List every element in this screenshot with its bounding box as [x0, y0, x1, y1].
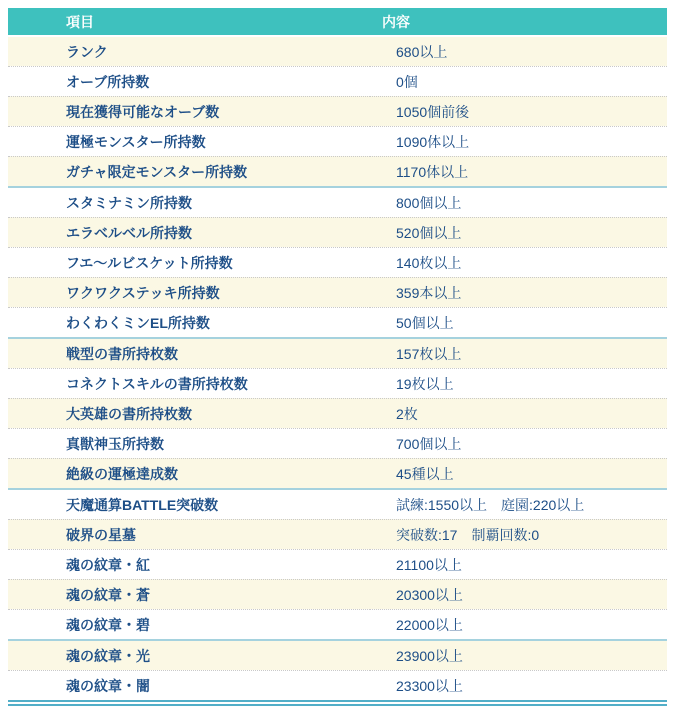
row-content-value: 50個以上 [370, 307, 667, 337]
table-row: ランク680以上 [8, 35, 667, 66]
row-content-value: 680以上 [370, 35, 667, 66]
row-content-value: 23300以上 [370, 670, 667, 700]
row-item-label: ワクワクステッキ所持数 [8, 277, 370, 307]
row-content-value: 140枚以上 [370, 247, 667, 277]
stats-table: 項目 内容 ランク680以上オーブ所持数0個現在獲得可能なオーブ数1050個前後… [8, 8, 667, 706]
table-row: 戦型の書所持枚数157枚以上 [8, 337, 667, 368]
row-item-label: 真獣神玉所持数 [8, 428, 370, 458]
table-row: コネクトスキルの書所持枚数19枚以上 [8, 368, 667, 398]
row-content-value: 突破数:17 制覇回数:0 [370, 519, 667, 549]
table-row: 魂の紋章・闇23300以上 [8, 670, 667, 700]
column-header-content: 内容 [370, 8, 667, 35]
row-item-label: 運極モンスター所持数 [8, 126, 370, 156]
row-content-value: 19枚以上 [370, 368, 667, 398]
table-row: わくわくミンEL所持数50個以上 [8, 307, 667, 337]
table-row: 魂の紋章・紅21100以上 [8, 549, 667, 579]
header-row: 項目 内容 [8, 8, 667, 35]
row-item-label: 魂の紋章・紅 [8, 549, 370, 579]
row-content-value: 21100以上 [370, 549, 667, 579]
table-row: ガチャ限定モンスター所持数1170体以上 [8, 156, 667, 186]
table-row: フエ〜ルビスケット所持数140枚以上 [8, 247, 667, 277]
row-content-value: 0個 [370, 66, 667, 96]
row-item-label: 現在獲得可能なオーブ数 [8, 96, 370, 126]
table-row: 魂の紋章・碧22000以上 [8, 609, 667, 639]
row-content-value: 1170体以上 [370, 156, 667, 186]
row-item-label: 天魔通算BATTLE突破数 [8, 488, 370, 519]
table-row: 天魔通算BATTLE突破数試練:1550以上 庭園:220以上 [8, 488, 667, 519]
table-row: 現在獲得可能なオーブ数1050個前後 [8, 96, 667, 126]
row-item-label: スタミナミン所持数 [8, 186, 370, 217]
table-row: 運極モンスター所持数1090体以上 [8, 126, 667, 156]
row-item-label: 魂の紋章・闇 [8, 670, 370, 700]
row-content-value: 1050個前後 [370, 96, 667, 126]
table-body: ランク680以上オーブ所持数0個現在獲得可能なオーブ数1050個前後運極モンスタ… [8, 35, 667, 700]
row-content-value: 520個以上 [370, 217, 667, 247]
row-content-value: 23900以上 [370, 639, 667, 670]
row-content-value: 試練:1550以上 庭園:220以上 [370, 488, 667, 519]
row-content-value: 700個以上 [370, 428, 667, 458]
row-content-value: 20300以上 [370, 579, 667, 609]
row-content-value: 157枚以上 [370, 337, 667, 368]
row-content-value: 22000以上 [370, 609, 667, 639]
row-item-label: 魂の紋章・光 [8, 639, 370, 670]
row-item-label: オーブ所持数 [8, 66, 370, 96]
row-item-label: 大英雄の書所持枚数 [8, 398, 370, 428]
row-item-label: 絶級の運極達成数 [8, 458, 370, 488]
row-item-label: 魂の紋章・碧 [8, 609, 370, 639]
table-row: 魂の紋章・蒼20300以上 [8, 579, 667, 609]
row-item-label: エラベルベル所持数 [8, 217, 370, 247]
row-content-value: 800個以上 [370, 186, 667, 217]
table-row: オーブ所持数0個 [8, 66, 667, 96]
table-row: エラベルベル所持数520個以上 [8, 217, 667, 247]
row-item-label: ガチャ限定モンスター所持数 [8, 156, 370, 186]
table-row: ワクワクステッキ所持数359本以上 [8, 277, 667, 307]
table-row: 真獣神玉所持数700個以上 [8, 428, 667, 458]
row-item-label: わくわくミンEL所持数 [8, 307, 370, 337]
row-item-label: ランク [8, 35, 370, 66]
table-row: 破界の星墓突破数:17 制覇回数:0 [8, 519, 667, 549]
row-item-label: フエ〜ルビスケット所持数 [8, 247, 370, 277]
row-content-value: 1090体以上 [370, 126, 667, 156]
row-item-label: コネクトスキルの書所持枚数 [8, 368, 370, 398]
table-row: スタミナミン所持数800個以上 [8, 186, 667, 217]
table-row: 大英雄の書所持枚数2枚 [8, 398, 667, 428]
row-content-value: 2枚 [370, 398, 667, 428]
row-content-value: 359本以上 [370, 277, 667, 307]
table-row: 魂の紋章・光23900以上 [8, 639, 667, 670]
row-item-label: 魂の紋章・蒼 [8, 579, 370, 609]
table-row: 絶級の運極達成数45種以上 [8, 458, 667, 488]
row-item-label: 破界の星墓 [8, 519, 370, 549]
row-content-value: 45種以上 [370, 458, 667, 488]
column-header-item: 項目 [8, 8, 370, 35]
row-item-label: 戦型の書所持枚数 [8, 337, 370, 368]
